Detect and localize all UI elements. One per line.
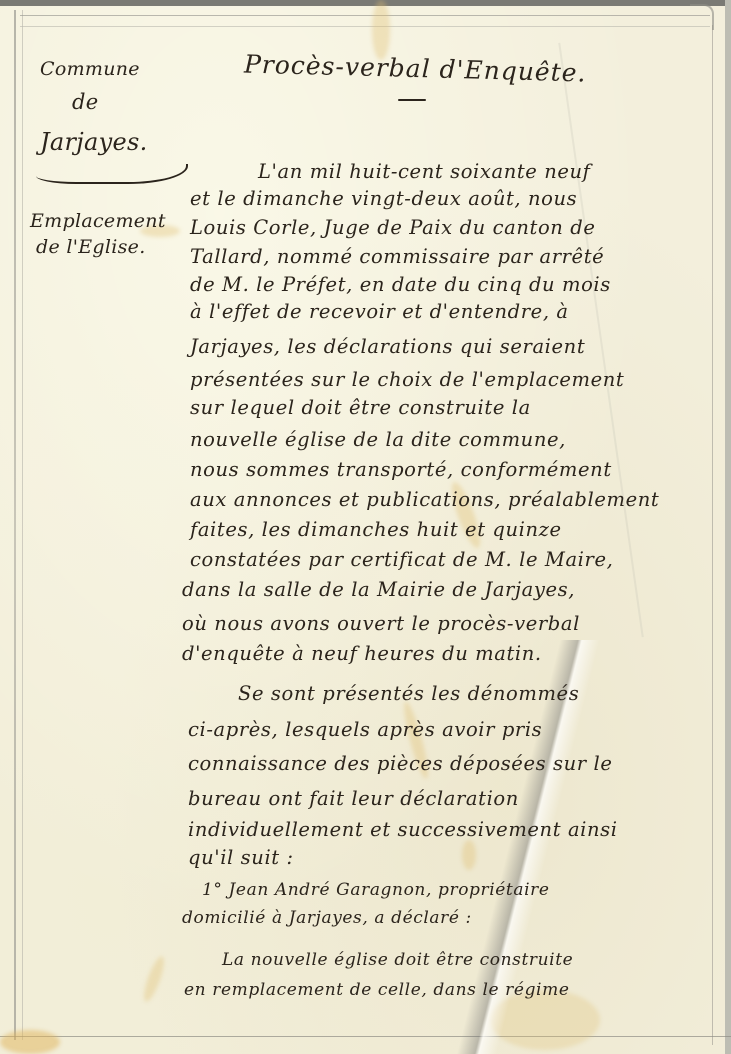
body-line: faites, les dimanches huit et quinze: [190, 518, 562, 541]
stain: [140, 954, 168, 1003]
body-line: et le dimanche vingt-deux août, nous: [190, 187, 577, 210]
body-line: Se sont présentés les dénommés: [238, 682, 579, 705]
body-line: présentées sur le choix de l'emplacement: [190, 368, 624, 391]
scan-right-border: [725, 0, 731, 1054]
body-line: où nous avons ouvert le procès-verbal: [182, 612, 580, 635]
body-line: aux annonces et publications, préalablem…: [190, 488, 659, 511]
margin-note-commune: Commune: [40, 58, 140, 80]
body-line: Tallard, nommé commissaire par arrêté: [190, 245, 604, 268]
body-line: constatées par certificat de M. le Maire…: [190, 548, 613, 571]
margin-note-eglise: de l'Eglise.: [36, 236, 146, 258]
left-margin-rule-inner: [22, 10, 23, 1040]
left-margin-rule: [14, 10, 16, 1040]
margin-note-jarjayes: Jarjayes.: [40, 128, 148, 156]
body-line: qu'il suit :: [188, 846, 294, 869]
bottom-rule: [0, 1036, 731, 1037]
title-underline: [398, 99, 426, 101]
margin-note-emplacement: Emplacement: [30, 210, 166, 232]
page-corner-curl: [690, 4, 714, 30]
body-line: 1° Jean André Garagnon, propriétaire: [202, 880, 550, 900]
top-rule-inner: [20, 26, 710, 27]
body-line: à l'effet de recevoir et d'entendre, à: [190, 300, 569, 323]
body-line: individuellement et successivement ainsi: [188, 818, 618, 841]
body-line: dans la salle de la Mairie de Jarjayes,: [182, 578, 575, 601]
body-line: Louis Corle, Juge de Paix du canton de: [190, 216, 595, 239]
margin-underline-flourish: [36, 164, 188, 184]
margin-note-de: de: [72, 90, 98, 114]
body-line: sur lequel doit être construite la: [190, 396, 531, 419]
stain: [372, 0, 390, 60]
body-line: de M. le Préfet, en date du cinq du mois: [190, 273, 611, 296]
body-line: nous sommes transporté, conformément: [190, 458, 612, 481]
stain: [462, 840, 476, 870]
top-rule: [20, 15, 710, 16]
document-page: Commune de Jarjayes. Emplacement de l'Eg…: [0, 0, 731, 1054]
page-title: Procès-verbal d'Enquête.: [244, 50, 587, 88]
body-line: en remplacement de celle, dans le régime: [184, 980, 569, 1000]
body-line: nouvelle église de la dite commune,: [190, 428, 566, 451]
body-line: domicilié à Jarjayes, a déclaré :: [182, 908, 472, 928]
body-line: Jarjayes, les déclarations qui seraient: [190, 335, 585, 358]
right-rule: [712, 25, 713, 1045]
body-line: connaissance des pièces déposées sur le: [188, 752, 612, 775]
body-line: d'enquête à neuf heures du matin.: [182, 642, 542, 665]
scan-top-border: [0, 0, 731, 6]
body-line: ci-après, lesquels après avoir pris: [188, 718, 542, 741]
body-line: La nouvelle église doit être construite: [222, 950, 573, 970]
stain: [0, 1030, 60, 1054]
body-line: L'an mil huit-cent soixante neuf: [258, 160, 591, 183]
body-line: bureau ont fait leur déclaration: [188, 787, 519, 810]
